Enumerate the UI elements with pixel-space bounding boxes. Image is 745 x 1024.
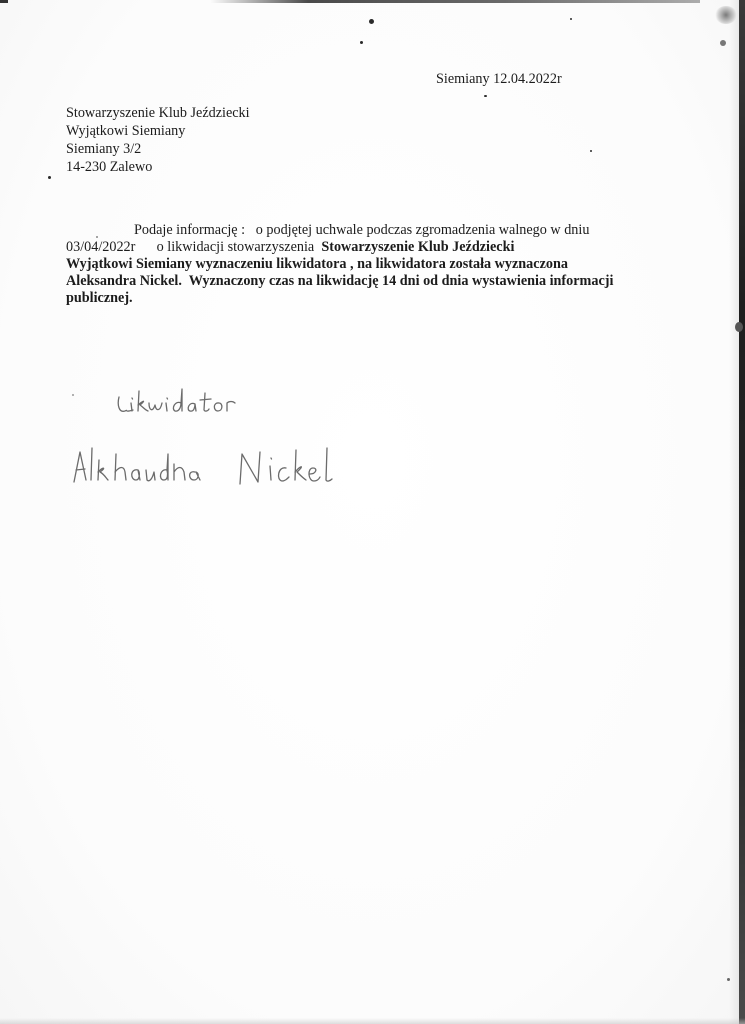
dust-speck [727,978,730,981]
handwritten-signature [70,440,340,495]
dust-speck [48,176,51,179]
sender-name-line1: Stowarzyszenie Klub Jeździecki [66,104,250,122]
body-line-1: Podaje informację : o podjętej uchwale p… [134,221,589,239]
dust-speck [369,19,374,24]
dust-speck [720,40,726,46]
body-line-2-regular: 03/04/2022r o likwidacji stowarzyszenia [66,239,321,255]
handwritten-title-likwidator [115,383,285,424]
sender-postal-city: 14-230 Zalewo [66,158,152,176]
scan-top-left-mark [0,0,8,3]
dust-speck [570,18,572,20]
body-line-4: Aleksandra Nickel. Wyznaczony czas na li… [66,272,613,290]
dust-speck [360,41,363,44]
association-name: Stowarzyszenie Klub Jeździecki [321,239,514,255]
body-line-2: 03/04/2022r o likwidacji stowarzyszenia … [66,238,514,256]
scan-right-shadow [729,0,739,1024]
scan-top-edge [210,0,700,3]
body-line-5: publicznej. [66,289,133,307]
scan-right-edge [739,0,745,1024]
sender-street: Siemiany 3/2 [66,140,141,158]
scanned-document-page: Siemiany 12.04.2022r Stowarzyszenie Klub… [0,0,745,1024]
scan-bottom-edge [0,1018,745,1024]
dust-speck [72,394,74,396]
place-and-date: Siemiany 12.04.2022r [436,70,562,88]
body-line-3: Wyjątkowi Siemiany wyznaczeniu likwidato… [66,255,568,273]
corner-smudge [715,6,737,24]
dust-speck [484,95,487,97]
dust-speck [735,322,743,332]
sender-name-line2: Wyjątkowi Siemiany [66,122,185,140]
dust-speck [590,150,592,152]
